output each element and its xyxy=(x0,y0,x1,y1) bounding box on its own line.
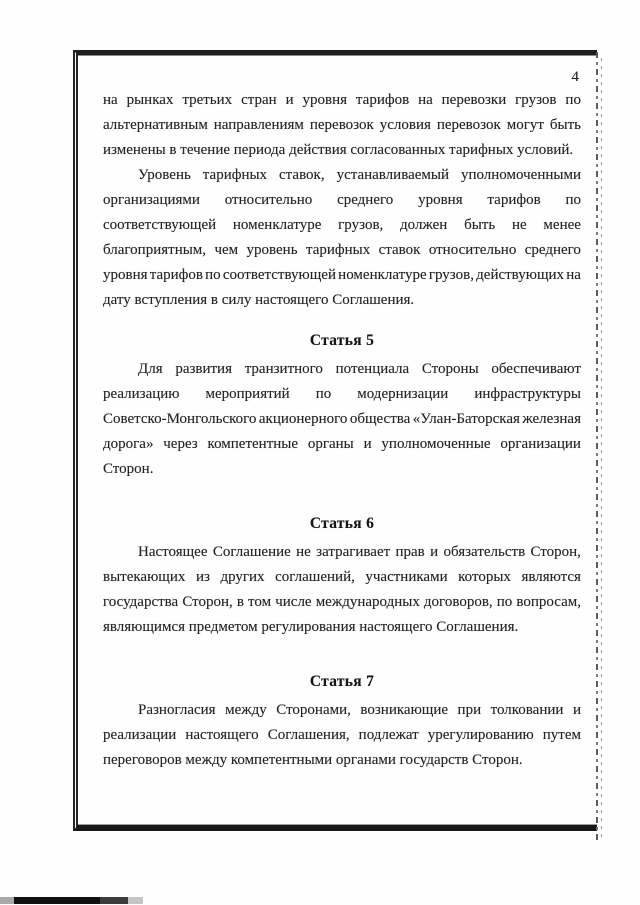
text-line: реализациинастоящегоСоглашения,подлежату… xyxy=(103,723,581,748)
paragraph: Уровеньтарифныхставок,устанавливаемыйупо… xyxy=(103,163,581,313)
text-line: вытекающихиздругихсоглашений,участниками… xyxy=(103,565,581,590)
text-line: являющимся предметом регулирования насто… xyxy=(103,615,581,640)
document-page: 4 нарынкахтретьихстраниуровнятарифовнапе… xyxy=(103,55,581,773)
text-line: альтернативнымнаправлениямперевозокуслов… xyxy=(103,113,581,138)
text-line: организациямиотносительносреднегоуровнят… xyxy=(103,188,581,213)
text-line: благоприятным,чемуровеньтарифныхставокот… xyxy=(103,238,581,263)
text-line: Уровеньтарифныхставок,устанавливаемыйупо… xyxy=(103,163,581,188)
scan-artifact-bar xyxy=(0,897,143,904)
text-line: НастоящееСоглашениенезатрагиваетправиобя… xyxy=(103,540,581,565)
text-line: дорога»черезкомпетентныеорганыиуполномоч… xyxy=(103,432,581,457)
article-heading: Статья 5 xyxy=(103,328,581,353)
scanned-page: 4 нарынкахтретьихстраниуровнятарифовнапе… xyxy=(0,0,640,905)
text-line: уровнятарифовпосоответствующейноменклату… xyxy=(103,263,581,288)
paragraph: ДляразвитиятранзитногопотенциалаСтороныо… xyxy=(103,357,581,482)
article-heading: Статья 7 xyxy=(103,669,581,694)
paragraph: нарынкахтретьихстраниуровнятарифовнапере… xyxy=(103,88,581,163)
paragraph: РазногласиямеждуСторонами,возникающиепри… xyxy=(103,698,581,773)
page-frame-right-dashed-line xyxy=(596,52,598,840)
text-line: нарынкахтретьихстраниуровнятарифовнапере… xyxy=(103,88,581,113)
text-line: Сторон. xyxy=(103,457,581,482)
page-frame-right-dotted-line xyxy=(601,58,602,838)
page-number: 4 xyxy=(103,66,581,88)
text-line: РазногласиямеждуСторонами,возникающиепри… xyxy=(103,698,581,723)
document-blocks: нарынкахтретьихстраниуровнятарифовнапере… xyxy=(103,88,581,773)
text-line: изменены в течение периода действия согл… xyxy=(103,138,581,163)
text-line: государстваСторон,втомчислемеждународных… xyxy=(103,590,581,615)
text-line: соответствующейноменклатурегрузов,должен… xyxy=(103,213,581,238)
paragraph: НастоящееСоглашениенезатрагиваетправиобя… xyxy=(103,540,581,640)
text-line: ДляразвитиятранзитногопотенциалаСтороныо… xyxy=(103,357,581,382)
text-line: реализациюмероприятийпомодернизацииинфра… xyxy=(103,382,581,407)
text-line: Советско-Монгольскогоакционерногообществ… xyxy=(103,407,581,432)
article-heading: Статья 6 xyxy=(103,511,581,536)
text-line: дату вступления в силу настоящего Соглаш… xyxy=(103,288,581,313)
text-line: переговоров между компетентными органами… xyxy=(103,748,581,773)
